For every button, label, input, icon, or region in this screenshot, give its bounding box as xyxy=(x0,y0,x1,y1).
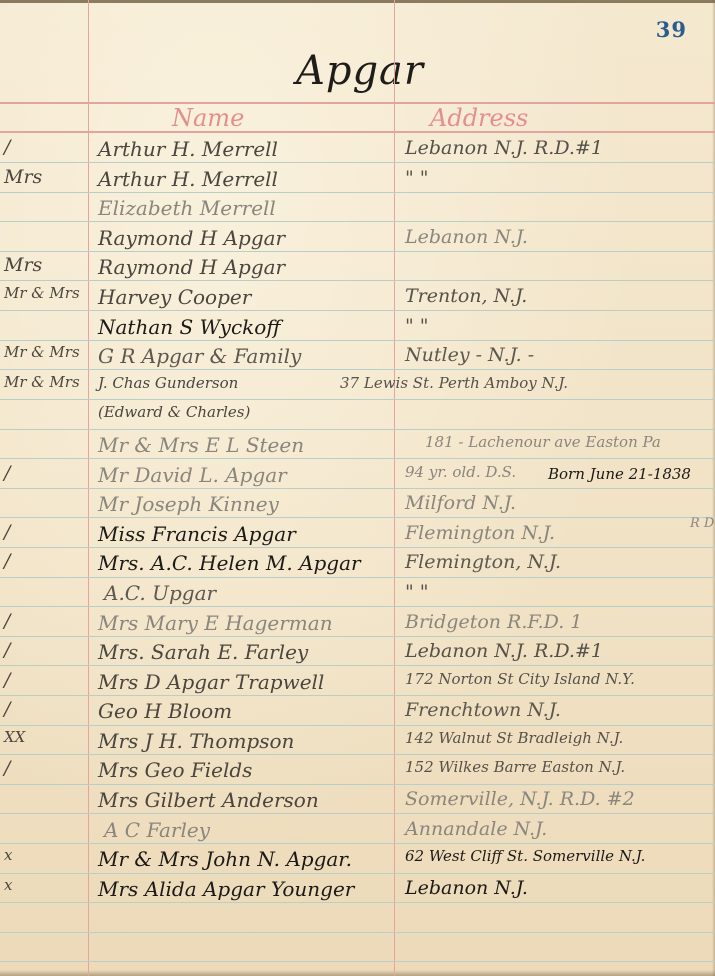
entry-row: Mrs Arthur H. Merrell " " xyxy=(0,163,715,193)
entries-list: / Arthur H. Merrell Lebanon N.J. R.D.#1 … xyxy=(0,133,715,962)
entry-mark: / xyxy=(4,669,88,691)
entry-row: x Mr & Mrs John N. Apgar. 62 West Cliff … xyxy=(0,843,715,873)
entry-row: / Mrs Geo Fields 152 Wilkes Barre Easton… xyxy=(0,754,715,784)
entry-mark: / xyxy=(4,698,88,720)
entry-address: 37 Lewis St. Perth Amboy N.J. xyxy=(340,374,648,392)
entry-name: Mr & Mrs John N. Apgar. xyxy=(98,847,390,871)
page-number: 39 xyxy=(656,17,687,42)
entry-row-empty xyxy=(0,902,715,932)
entry-address: 152 Wilkes Barre Easton N.J. xyxy=(405,758,713,776)
entry-row: Mr & Mrs G R Apgar & Family Nutley - N.J… xyxy=(0,340,715,370)
entry-address: Bridgeton R.F.D. 1 xyxy=(405,611,713,633)
entry-name: (Edward & Charles) xyxy=(98,403,390,421)
entry-row: Mrs Raymond H Apgar xyxy=(0,251,715,281)
entry-address: " " xyxy=(405,167,713,189)
entry-address: Trenton, N.J. xyxy=(405,285,713,307)
entry-row: Mr & Mrs Harvey Cooper Trenton, N.J. xyxy=(0,281,715,311)
entry-name: G R Apgar & Family xyxy=(98,344,390,368)
entry-address: Lebanon N.J. xyxy=(405,877,713,899)
entry-mark: Mrs xyxy=(4,254,88,276)
entry-address: Nutley - N.J. - xyxy=(405,344,713,366)
page-title: Apgar xyxy=(280,48,440,94)
entry-name: Raymond H Apgar xyxy=(98,255,390,279)
entry-name: Mrs Alida Apgar Younger xyxy=(98,877,390,901)
entry-mark: / xyxy=(4,757,88,779)
entry-name: A C Farley xyxy=(104,818,396,842)
entry-address: 62 West Cliff St. Somerville N.J. xyxy=(405,847,713,865)
entry-row: Raymond H Apgar Lebanon N.J. xyxy=(0,222,715,252)
entry-mark: Mrs xyxy=(4,166,88,188)
entry-mark: / xyxy=(4,610,88,632)
entry-row: Mr Joseph Kinney Milford N.J. xyxy=(0,488,715,518)
entry-mark: / xyxy=(4,521,88,543)
entry-address: Annandale N.J. xyxy=(405,818,713,840)
entry-mark: Mr & Mrs xyxy=(4,343,88,361)
entry-name: Mrs Gilbert Anderson xyxy=(98,788,390,812)
entry-row: / Mrs D Apgar Trapwell 172 Norton St Cit… xyxy=(0,666,715,696)
entry-name: Mrs J H. Thompson xyxy=(98,729,390,753)
entry-row: Mrs Gilbert Anderson Somerville, N.J. R.… xyxy=(0,784,715,814)
entry-mark: x xyxy=(4,876,88,894)
header-top-rule xyxy=(0,102,715,104)
entry-name: Elizabeth Merrell xyxy=(98,196,390,220)
entry-name: Nathan S Wyckoff xyxy=(98,315,390,339)
entry-row: (Edward & Charles) xyxy=(0,399,715,429)
entry-name: Mrs. A.C. Helen M. Apgar xyxy=(98,551,390,575)
entry-address: " " xyxy=(405,315,713,337)
entry-mark: / xyxy=(4,136,88,158)
entry-name: Mr & Mrs E L Steen xyxy=(98,433,390,457)
entry-row-empty xyxy=(0,932,715,962)
entry-mark: / xyxy=(4,462,88,484)
entry-row: A.C. Upgar " " xyxy=(0,577,715,607)
entry-name: Harvey Cooper xyxy=(98,285,390,309)
entry-row: / Arthur H. Merrell Lebanon N.J. R.D.#1 xyxy=(0,133,715,163)
ledger-page: 39 Apgar Name Address / Arthur H. Merrel… xyxy=(0,0,715,976)
entry-row: A C Farley Annandale N.J. xyxy=(0,814,715,844)
entry-name: Mrs Geo Fields xyxy=(98,758,390,782)
entry-address: Milford N.J. xyxy=(405,492,713,514)
column-header-address: Address xyxy=(430,104,528,132)
entry-address: 181 - Lachenour ave Easton Pa xyxy=(425,433,715,451)
entry-row: / Miss Francis Apgar Flemington N.J. R D… xyxy=(0,518,715,548)
entry-name: Geo H Bloom xyxy=(98,699,390,723)
entry-name: Raymond H Apgar xyxy=(98,226,390,250)
entry-name: A.C. Upgar xyxy=(104,581,396,605)
entry-name: Mrs. Sarah E. Farley xyxy=(98,640,390,664)
entry-row: Elizabeth Merrell xyxy=(0,192,715,222)
entry-row: Mr & Mrs E L Steen 181 - Lachenour ave E… xyxy=(0,429,715,459)
entry-name: Mr Joseph Kinney xyxy=(98,492,390,516)
page-top-edge xyxy=(0,0,715,3)
entry-name: Mr David L. Apgar xyxy=(98,463,390,487)
entry-name: Arthur H. Merrell xyxy=(98,167,390,191)
entry-row: Mr & Mrs J. Chas Gunderson 37 Lewis St. … xyxy=(0,370,715,400)
entry-row: / Mrs. A.C. Helen M. Apgar Flemington, N… xyxy=(0,547,715,577)
entry-mark: XX xyxy=(4,728,88,746)
birth-note: Born June 21-1838 xyxy=(548,465,691,483)
entry-mark: x xyxy=(4,846,88,864)
entry-mark: / xyxy=(4,550,88,572)
entry-row: Nathan S Wyckoff " " xyxy=(0,311,715,341)
entry-row: / Geo H Bloom Frenchtown N.J. xyxy=(0,695,715,725)
entry-mark: Mr & Mrs xyxy=(4,284,88,302)
entry-address: 142 Walnut St Bradleigh N.J. xyxy=(405,729,713,747)
entry-row: x Mrs Alida Apgar Younger Lebanon N.J. xyxy=(0,873,715,903)
entry-mark: / xyxy=(4,639,88,661)
entry-name: Mrs Mary E Hagerman xyxy=(98,611,390,635)
entry-name: Arthur H. Merrell xyxy=(98,137,390,161)
entry-row: / Mr David L. Apgar 94 yr. old. D.S. Bor… xyxy=(0,459,715,489)
entry-row: XX Mrs J H. Thompson 142 Walnut St Bradl… xyxy=(0,725,715,755)
entry-row: / Mrs. Sarah E. Farley Lebanon N.J. R.D.… xyxy=(0,636,715,666)
entry-address: Somerville, N.J. R.D. #2 xyxy=(405,788,713,810)
entry-mark: Mr & Mrs xyxy=(4,373,88,391)
entry-name: Mrs D Apgar Trapwell xyxy=(98,670,390,694)
entry-address: Lebanon N.J. R.D.#1 xyxy=(405,640,713,662)
entry-name: Miss Francis Apgar xyxy=(98,522,390,546)
entry-address: 172 Norton St City Island N.Y. xyxy=(405,670,713,688)
rural-route-note: R D 2 xyxy=(690,516,715,531)
page-bottom-edge xyxy=(0,970,715,976)
entry-address: Flemington, N.J. xyxy=(405,551,713,573)
entry-address: Lebanon N.J. R.D.#1 xyxy=(405,137,713,159)
entry-row: / Mrs Mary E Hagerman Bridgeton R.F.D. 1 xyxy=(0,607,715,637)
entry-address: Lebanon N.J. xyxy=(405,226,713,248)
entry-address: Flemington N.J. xyxy=(405,522,713,544)
entry-address: " " xyxy=(405,581,713,603)
column-header-name: Name xyxy=(172,104,244,132)
entry-address: Frenchtown N.J. xyxy=(405,699,713,721)
